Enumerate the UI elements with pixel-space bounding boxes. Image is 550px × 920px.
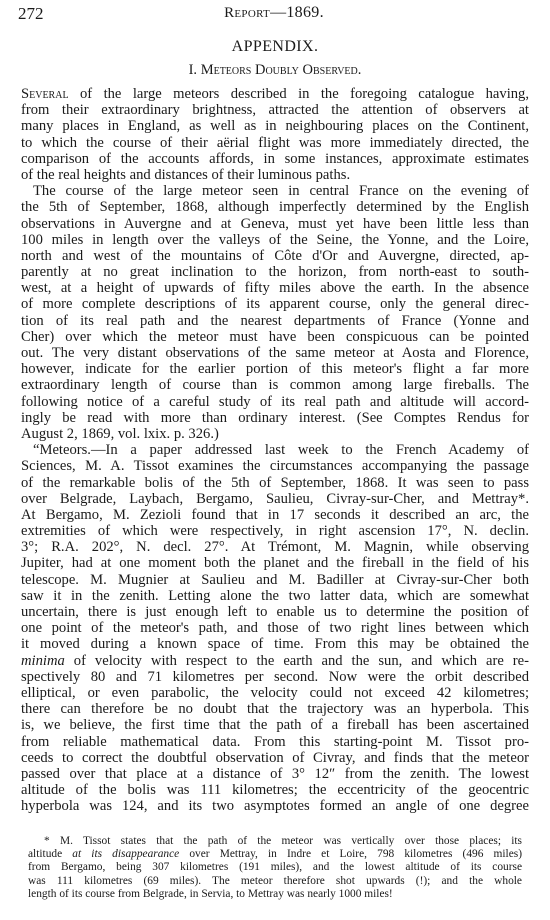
body-line: Jupiter, had at one moment both the plan… <box>21 555 529 571</box>
body-line: uncertain, there is just enough left to … <box>21 604 529 620</box>
body-line: passed over that place at a distance of … <box>21 766 529 782</box>
body-line: telescope. M. Mugnier at Saulieu and M. … <box>21 572 529 588</box>
section-title-text: Meteors Doubly Observed. <box>201 62 362 78</box>
body-line: At Bergamo, M. Zezioli found that in 17 … <box>21 507 529 523</box>
text-run: comparison of the accounts affords, in s… <box>21 151 529 167</box>
running-title-report: Report <box>224 5 270 21</box>
body-line: of more complete descriptions of its app… <box>21 296 529 312</box>
body-line: 100 miles in length over the valleys of … <box>21 232 529 248</box>
text-run: from reliable mathematical data. From th… <box>21 734 529 750</box>
body-line: hyperbola was 124, and its two asymptote… <box>21 798 529 814</box>
text-run: north and west of the mountains of Côte … <box>21 248 529 264</box>
body-line: ingly be read with more than ordinary in… <box>21 410 529 426</box>
text-run: “Meteors.—In a paper addressed last week… <box>33 442 529 458</box>
text-run: spectively 80 and 71 kilometres per seco… <box>21 669 529 685</box>
body-line: however, indicate for the earlier portio… <box>21 361 529 377</box>
text-run: was 111 kilometres (69 miles). The meteo… <box>28 875 522 887</box>
text-run: 100 miles in length over the valleys of … <box>21 232 529 248</box>
section-title: I. Meteors Doubly Observed. <box>0 62 550 79</box>
text-run: of velocity with respect to the earth an… <box>65 653 529 669</box>
body-line: extremities of which were respectively, … <box>21 523 529 539</box>
text-run: of the real heights and distances of the… <box>21 167 350 183</box>
text-run: of the large meteors described in the fo… <box>69 86 529 102</box>
text-run: observations in Auvergne and at Geneva, … <box>21 216 529 232</box>
body-line: there can therefore be no doubt that the… <box>21 701 529 717</box>
body-line: August 2, 1869, vol. lxix. p. 326.) <box>21 426 529 442</box>
appendix-title: APPENDIX. <box>0 38 550 56</box>
body-line: north and west of the mountains of Côte … <box>21 248 529 264</box>
body-line: comparison of the accounts affords, in s… <box>21 151 529 167</box>
body-line: is, we believe, the first time that the … <box>21 717 529 733</box>
text-run: saw it in the zenith. Letting alone the … <box>21 588 529 604</box>
body-line: “Meteors.—In a paper addressed last week… <box>21 442 529 458</box>
running-head: 272 Report—1869. <box>18 4 530 26</box>
text-run: of more complete descriptions of its app… <box>21 296 529 312</box>
italic-text: minima <box>21 653 65 669</box>
body-line: to which the course of their aërial flig… <box>21 135 529 151</box>
text-run: parently at no great inclination to the … <box>21 264 529 280</box>
body-line: observations in Auvergne and at Geneva, … <box>21 216 529 232</box>
body-text: Several of the large meteors described i… <box>21 86 529 814</box>
text-run: ingly be read with more than ordinary in… <box>21 410 529 426</box>
text-run: from their extraordinary brightness, att… <box>21 102 529 118</box>
text-run: At Bergamo, M. Zezioli found that in 17 … <box>21 507 529 523</box>
footnote-line: from Bergamo, being 307 kilometres (191 … <box>28 861 522 874</box>
text-run: extraordinary length of course than is c… <box>21 377 529 393</box>
footnote-line: altitude at its disappearance over Mettr… <box>28 848 522 861</box>
text-run: ceeds to correct the doubtful observatio… <box>21 750 529 766</box>
text-run: from Bergamo, being 307 kilometres (191 … <box>28 861 522 873</box>
section-numeral: I. <box>189 62 201 78</box>
body-line: spectively 80 and 71 kilometres per seco… <box>21 669 529 685</box>
body-line: of the remarkable bolis of the 5th of Se… <box>21 475 529 491</box>
text-run: is, we believe, the first time that the … <box>21 717 529 733</box>
text-run: telescope. M. Mugnier at Saulieu and M. … <box>21 572 529 588</box>
body-line: minima of velocity with respect to the e… <box>21 653 529 669</box>
body-line: following notice of a careful study of i… <box>21 394 529 410</box>
text-run: one point of the meteor's path, and thos… <box>21 620 529 636</box>
body-line: elliptical, or even parabolic, the veloc… <box>21 685 529 701</box>
footnote: * M. Tissot states that the path of the … <box>28 835 522 901</box>
text-run: altitude <box>28 848 72 860</box>
body-line: many places in England, as well as in ne… <box>21 118 529 134</box>
text-run: altitude of the bolis was 111 kilometres… <box>21 782 529 798</box>
body-line: from their extraordinary brightness, att… <box>21 102 529 118</box>
body-line: one point of the meteor's path, and thos… <box>21 620 529 636</box>
body-line: saw it in the zenith. Letting alone the … <box>21 588 529 604</box>
body-line: tion of its real path and the nearest de… <box>21 313 529 329</box>
text-run: it moved during a known space of time. F… <box>21 636 529 652</box>
running-title: Report—1869. <box>18 4 530 22</box>
footnote-line: length of its course from Belgrade, in S… <box>28 888 522 901</box>
body-line: ceeds to correct the doubtful observatio… <box>21 750 529 766</box>
body-line: over Belgrade, Laybach, Bergamo, Saulieu… <box>21 491 529 507</box>
text-run: to which the course of their aërial flig… <box>21 135 529 151</box>
text-run: however, indicate for the earlier portio… <box>21 361 529 377</box>
text-run: over Belgrade, Laybach, Bergamo, Saulieu… <box>21 491 529 507</box>
text-run: length of its course from Belgrade, in S… <box>28 888 393 900</box>
text-run: there can therefore be no doubt that the… <box>21 701 529 717</box>
body-line: Cher) over which the meteor must have be… <box>21 329 529 345</box>
text-run: following notice of a careful study of i… <box>21 394 529 410</box>
body-line: extraordinary length of course than is c… <box>21 377 529 393</box>
body-line: the 5th of September, 1868, although imp… <box>21 199 529 215</box>
text-run: of the remarkable bolis of the 5th of Se… <box>21 475 529 491</box>
text-run: August 2, 1869, vol. lxix. p. 326.) <box>21 426 219 442</box>
document-page: 272 Report—1869. APPENDIX. I. Meteors Do… <box>0 0 550 920</box>
body-line: parently at no great inclination to the … <box>21 264 529 280</box>
italic-text: at its disappearance <box>72 848 179 860</box>
text-run: west, at a height of upwards of fifty mi… <box>21 280 529 296</box>
body-line: altitude of the bolis was 111 kilometres… <box>21 782 529 798</box>
text-run: extremities of which were respectively, … <box>21 523 529 539</box>
text-run: The course of the large meteor seen in c… <box>33 183 529 199</box>
running-title-year: —1869. <box>270 4 324 21</box>
text-run: elliptical, or even parabolic, the veloc… <box>21 685 529 701</box>
text-run: the 5th of September, 1868, although imp… <box>21 199 529 215</box>
text-run: * M. Tissot states that the path of the … <box>44 835 522 847</box>
text-run: over Mettray, in Indre et Loire, 798 kil… <box>179 848 522 860</box>
text-run: hyperbola was 124, and its two asymptote… <box>21 798 529 814</box>
footnote-line: was 111 kilometres (69 miles). The meteo… <box>28 875 522 888</box>
text-run: passed over that place at a distance of … <box>21 766 529 782</box>
text-run: 3°; R.A. 202°, N. decl. 27°. At Trémont,… <box>21 539 529 555</box>
body-line: west, at a height of upwards of fifty mi… <box>21 280 529 296</box>
text-run: uncertain, there is just enough left to … <box>21 604 529 620</box>
body-line: Several of the large meteors described i… <box>21 86 529 102</box>
footnote-line: * M. Tissot states that the path of the … <box>28 835 522 848</box>
text-run: Sciences, M. A. Tissot examines the circ… <box>21 458 529 474</box>
text-run: many places in England, as well as in ne… <box>21 118 529 134</box>
text-run: Jupiter, had at one moment both the plan… <box>21 555 529 571</box>
body-line: it moved during a known space of time. F… <box>21 636 529 652</box>
text-run: tion of its real path and the nearest de… <box>21 313 529 329</box>
body-line: The course of the large meteor seen in c… <box>21 183 529 199</box>
body-line: Sciences, M. A. Tissot examines the circ… <box>21 458 529 474</box>
body-line: of the real heights and distances of the… <box>21 167 529 183</box>
body-line: 3°; R.A. 202°, N. decl. 27°. At Trémont,… <box>21 539 529 555</box>
text-run: out. The very distant observations of th… <box>21 345 529 361</box>
small-caps-lead: Several <box>21 86 69 102</box>
text-run: Cher) over which the meteor must have be… <box>21 329 529 345</box>
body-line: from reliable mathematical data. From th… <box>21 734 529 750</box>
body-line: out. The very distant observations of th… <box>21 345 529 361</box>
